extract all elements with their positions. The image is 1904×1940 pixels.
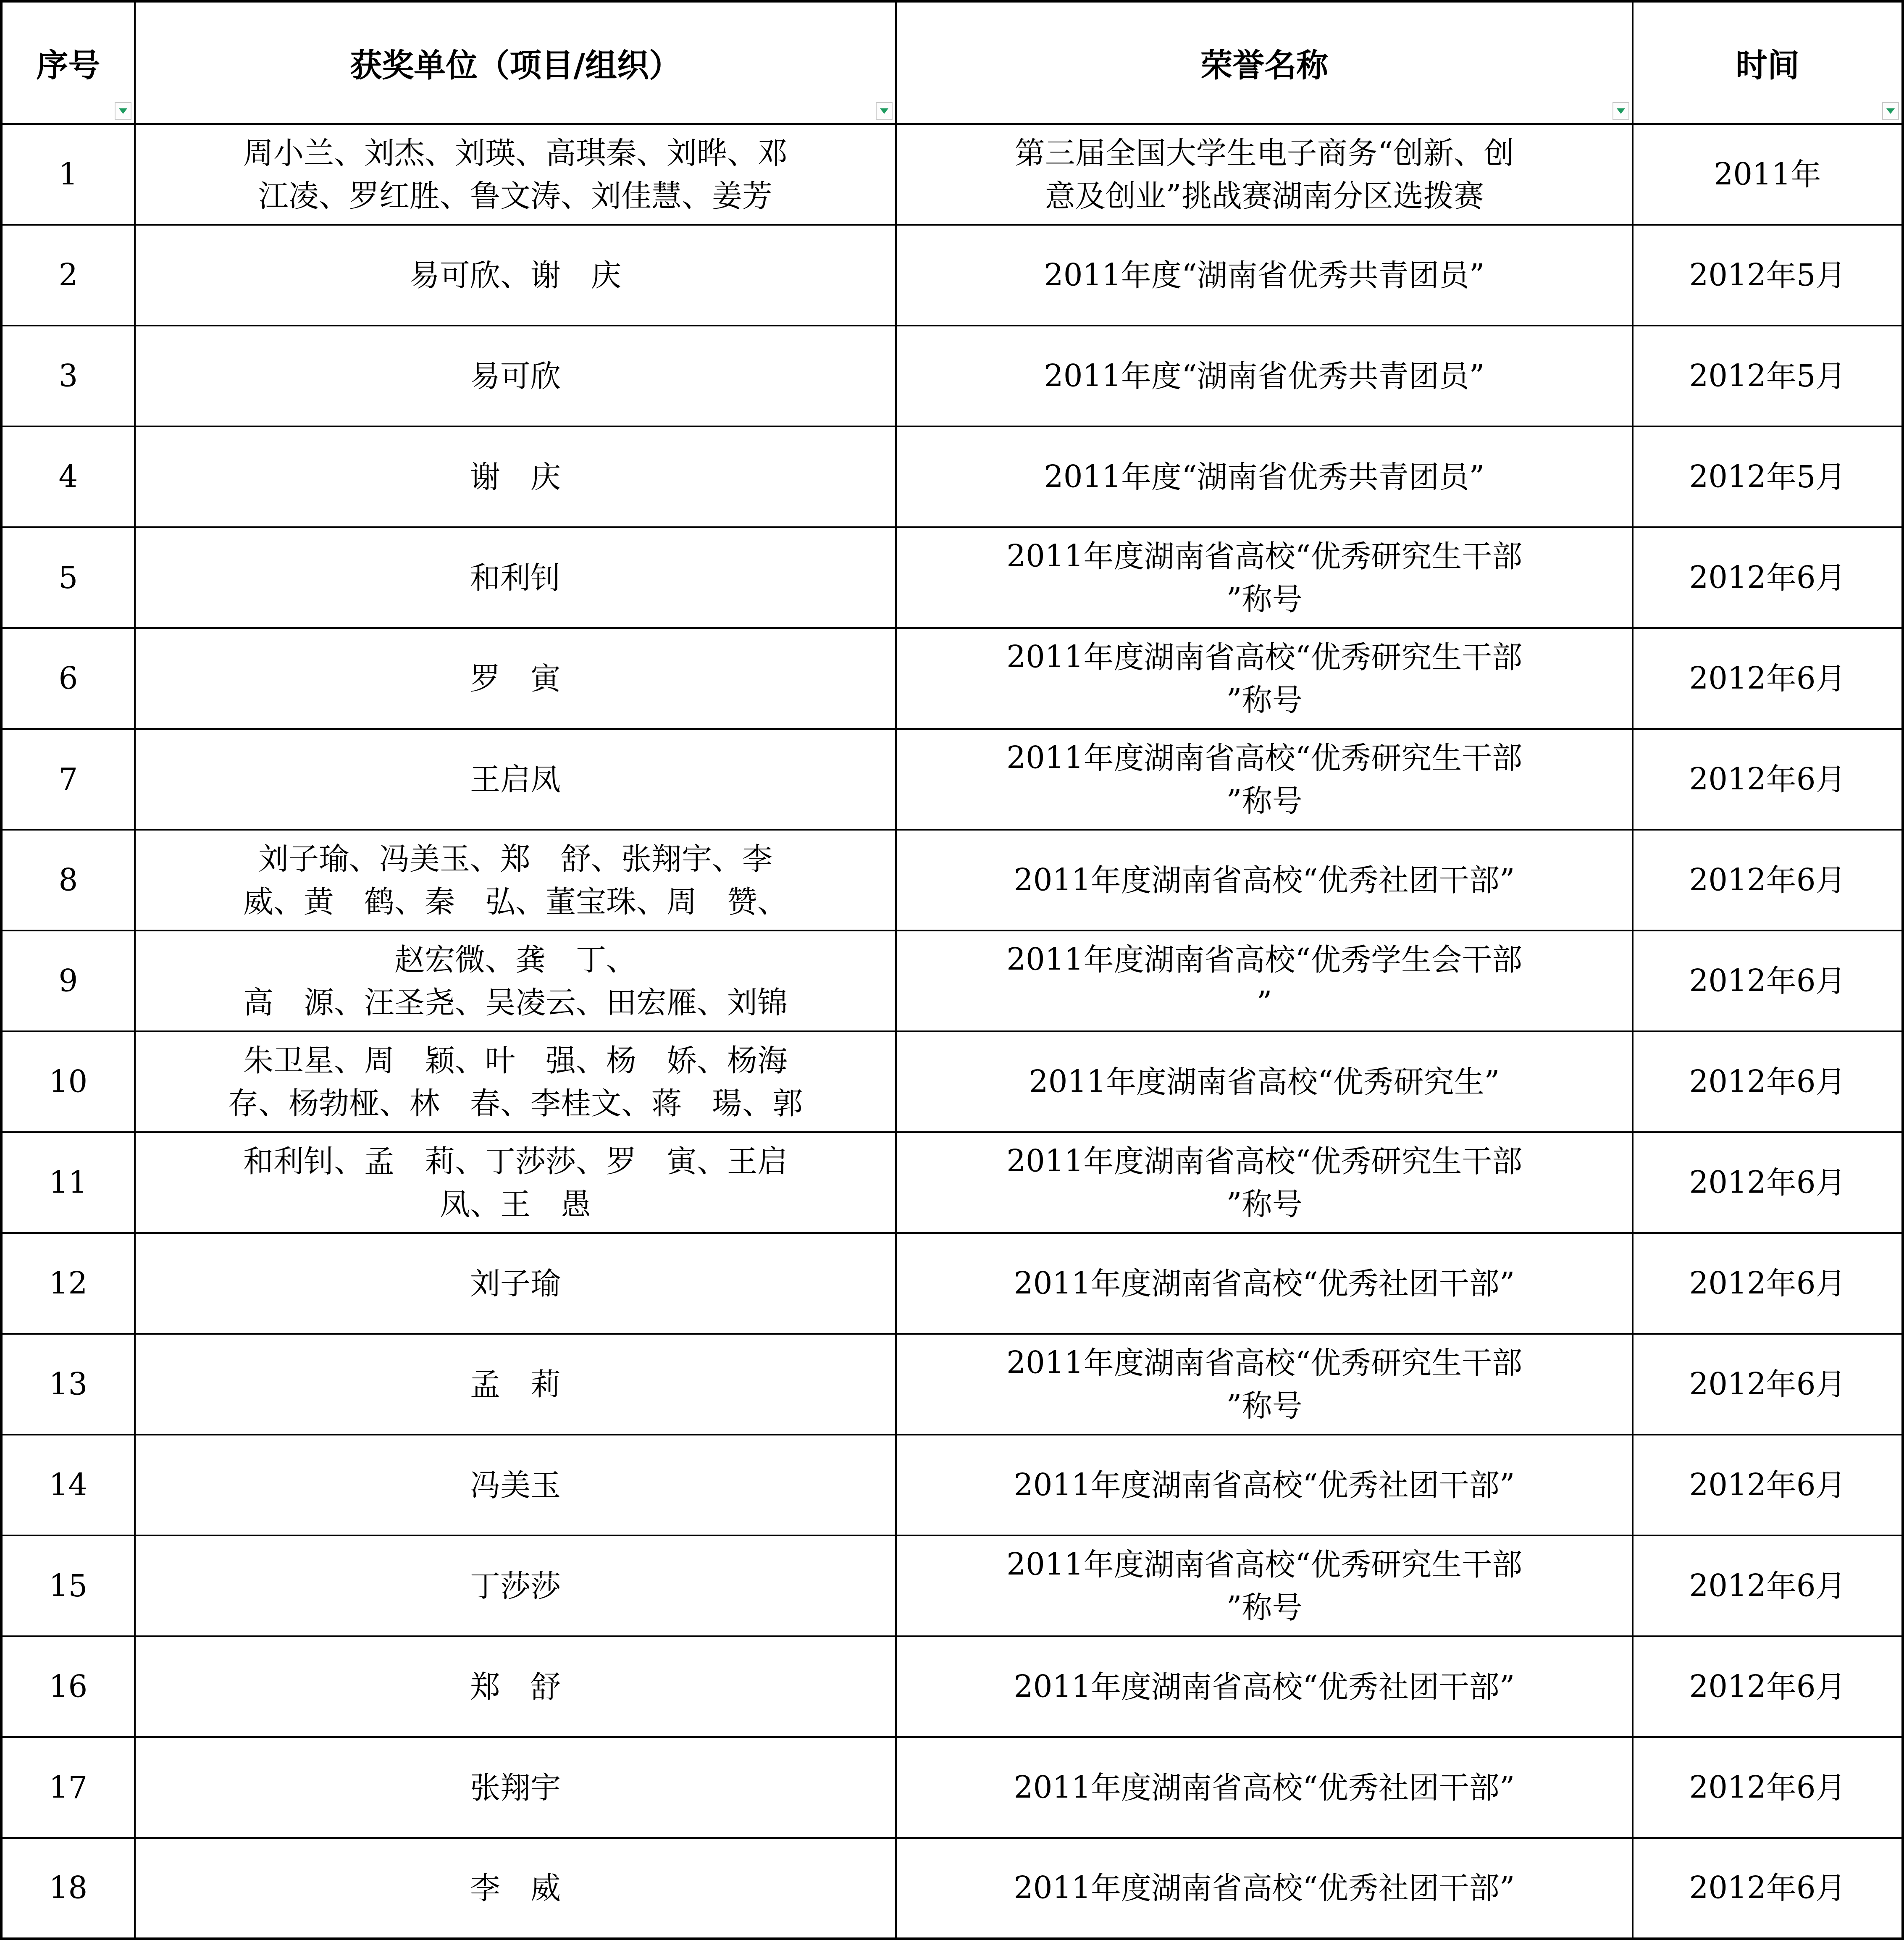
chevron-down-icon	[119, 108, 127, 114]
cell-time: 2012年5月	[1633, 225, 1903, 326]
cell-honor: 2011年度湖南省高校“优秀研究生干部 ”称号	[896, 527, 1633, 628]
column-header-honor: 荣誉名称	[896, 1, 1633, 124]
cell-time: 2012年6月	[1633, 1435, 1903, 1535]
cell-time: 2012年6月	[1633, 1636, 1903, 1737]
cell-time: 2012年5月	[1633, 326, 1903, 426]
cell-honor: 2011年度湖南省高校“优秀社团干部”	[896, 1737, 1633, 1838]
cell-unit: 和利钊	[135, 527, 896, 628]
cell-time: 2012年6月	[1633, 1031, 1903, 1132]
cell-time: 2012年6月	[1633, 527, 1903, 628]
cell-time: 2011年	[1633, 124, 1903, 225]
table-row: 9 赵宏微、龚 丁、 高 源、汪圣尧、吴凌云、田宏雁、刘锦 2011年度湖南省高…	[1, 931, 1903, 1031]
cell-time: 2012年6月	[1633, 1535, 1903, 1636]
cell-no: 16	[1, 1636, 135, 1737]
cell-unit: 和利钊、孟 莉、丁莎莎、罗 寅、王启 凤、王 愚	[135, 1132, 896, 1233]
table-row: 15 丁莎莎 2011年度湖南省高校“优秀研究生干部 ”称号 2012年6月	[1, 1535, 1903, 1636]
cell-unit: 赵宏微、龚 丁、 高 源、汪圣尧、吴凌云、田宏雁、刘锦	[135, 931, 896, 1031]
cell-honor: 2011年度湖南省高校“优秀社团干部”	[896, 830, 1633, 931]
cell-unit: 丁莎莎	[135, 1535, 896, 1636]
cell-honor: 2011年度湖南省高校“优秀研究生干部 ”称号	[896, 729, 1633, 830]
cell-no: 12	[1, 1233, 135, 1334]
cell-no: 7	[1, 729, 135, 830]
cell-no: 5	[1, 527, 135, 628]
cell-no: 13	[1, 1334, 135, 1435]
cell-unit: 郑 舒	[135, 1636, 896, 1737]
cell-unit: 李 威	[135, 1838, 896, 1939]
cell-time: 2012年6月	[1633, 1838, 1903, 1939]
cell-honor: 2011年度湖南省高校“优秀社团干部”	[896, 1636, 1633, 1737]
chevron-down-icon	[880, 108, 888, 114]
column-header-no: 序号	[1, 1, 135, 124]
cell-time: 2012年6月	[1633, 729, 1903, 830]
cell-unit: 冯美玉	[135, 1435, 896, 1535]
cell-time: 2012年6月	[1633, 931, 1903, 1031]
cell-unit: 周小兰、刘杰、刘瑛、高琪秦、刘晔、邓 江凌、罗红胜、鲁文涛、刘佳慧、姜芳	[135, 124, 896, 225]
table-header-row: 序号 获奖单位（项目/组织） 荣誉名称 时间	[1, 1, 1903, 124]
cell-honor: 2011年度湖南省高校“优秀研究生干部 ”称号	[896, 1535, 1633, 1636]
cell-no: 1	[1, 124, 135, 225]
cell-honor: 2011年度湖南省高校“优秀研究生干部 ”称号	[896, 1132, 1633, 1233]
table-row: 4 谢 庆 2011年度“湖南省优秀共青团员” 2012年5月	[1, 426, 1903, 527]
table-row: 8 刘子瑜、冯美玉、郑 舒、张翔宇、李 威、黄 鹤、秦 弘、董宝珠、周 赞、 2…	[1, 830, 1903, 931]
column-header-no-label: 序号	[36, 47, 100, 84]
autofilter-dropdown-button-honor[interactable]	[1612, 102, 1629, 120]
cell-honor: 2011年度湖南省高校“优秀学生会干部 ”	[896, 931, 1633, 1031]
cell-unit: 孟 莉	[135, 1334, 896, 1435]
cell-honor: 2011年度湖南省高校“优秀研究生”	[896, 1031, 1633, 1132]
table-row: 16 郑 舒 2011年度湖南省高校“优秀社团干部” 2012年6月	[1, 1636, 1903, 1737]
table-row: 6 罗 寅 2011年度湖南省高校“优秀研究生干部 ”称号 2012年6月	[1, 628, 1903, 729]
cell-honor: 2011年度湖南省高校“优秀社团干部”	[896, 1233, 1633, 1334]
cell-no: 8	[1, 830, 135, 931]
cell-no: 10	[1, 1031, 135, 1132]
chevron-down-icon	[1886, 108, 1895, 114]
cell-unit: 朱卫星、周 颖、叶 强、杨 娇、杨海 存、杨勃桠、林 春、李桂文、蒋 瑒、郭	[135, 1031, 896, 1132]
table-row: 13 孟 莉 2011年度湖南省高校“优秀研究生干部 ”称号 2012年6月	[1, 1334, 1903, 1435]
autofilter-dropdown-button-no[interactable]	[115, 102, 131, 120]
cell-no: 18	[1, 1838, 135, 1939]
cell-no: 15	[1, 1535, 135, 1636]
table-row: 7 王启凤 2011年度湖南省高校“优秀研究生干部 ”称号 2012年6月	[1, 729, 1903, 830]
table-row: 10 朱卫星、周 颖、叶 强、杨 娇、杨海 存、杨勃桠、林 春、李桂文、蒋 瑒、…	[1, 1031, 1903, 1132]
cell-no: 3	[1, 326, 135, 426]
table-row: 3 易可欣 2011年度“湖南省优秀共青团员” 2012年5月	[1, 326, 1903, 426]
table-row: 5 和利钊 2011年度湖南省高校“优秀研究生干部 ”称号 2012年6月	[1, 527, 1903, 628]
column-header-time: 时间	[1633, 1, 1903, 124]
cell-honor: 2011年度“湖南省优秀共青团员”	[896, 426, 1633, 527]
cell-unit: 易可欣	[135, 326, 896, 426]
cell-unit: 张翔宇	[135, 1737, 896, 1838]
cell-honor: 2011年度湖南省高校“优秀社团干部”	[896, 1435, 1633, 1535]
cell-no: 9	[1, 931, 135, 1031]
cell-no: 2	[1, 225, 135, 326]
table-row: 18 李 威 2011年度湖南省高校“优秀社团干部” 2012年6月	[1, 1838, 1903, 1939]
column-header-unit: 获奖单位（项目/组织）	[135, 1, 896, 124]
cell-unit: 罗 寅	[135, 628, 896, 729]
cell-no: 4	[1, 426, 135, 527]
cell-honor: 第三届全国大学生电子商务“创新、创 意及创业”挑战赛湖南分区选拨赛	[896, 124, 1633, 225]
column-header-unit-label: 获奖单位（项目/组织）	[350, 47, 681, 84]
cell-time: 2012年6月	[1633, 830, 1903, 931]
column-header-time-label: 时间	[1736, 47, 1799, 84]
cell-honor: 2011年度“湖南省优秀共青团员”	[896, 225, 1633, 326]
autofilter-dropdown-button-unit[interactable]	[876, 102, 893, 120]
cell-no: 6	[1, 628, 135, 729]
cell-time: 2012年6月	[1633, 628, 1903, 729]
cell-time: 2012年6月	[1633, 1334, 1903, 1435]
cell-honor: 2011年度湖南省高校“优秀研究生干部 ”称号	[896, 628, 1633, 729]
cell-time: 2012年6月	[1633, 1132, 1903, 1233]
table-row: 11 和利钊、孟 莉、丁莎莎、罗 寅、王启 凤、王 愚 2011年度湖南省高校“…	[1, 1132, 1903, 1233]
cell-honor: 2011年度“湖南省优秀共青团员”	[896, 326, 1633, 426]
table-row: 14 冯美玉 2011年度湖南省高校“优秀社团干部” 2012年6月	[1, 1435, 1903, 1535]
awards-table: 序号 获奖单位（项目/组织） 荣誉名称 时间 1 周小兰、刘杰、刘瑛、高琪秦、刘…	[0, 0, 1904, 1940]
cell-honor: 2011年度湖南省高校“优秀社团干部”	[896, 1838, 1633, 1939]
cell-time: 2012年6月	[1633, 1233, 1903, 1334]
cell-time: 2012年6月	[1633, 1737, 1903, 1838]
cell-unit: 王启凤	[135, 729, 896, 830]
chevron-down-icon	[1617, 108, 1625, 114]
autofilter-dropdown-button-time[interactable]	[1882, 102, 1899, 120]
table-row: 12 刘子瑜 2011年度湖南省高校“优秀社团干部” 2012年6月	[1, 1233, 1903, 1334]
table-row: 2 易可欣、谢 庆 2011年度“湖南省优秀共青团员” 2012年5月	[1, 225, 1903, 326]
cell-no: 14	[1, 1435, 135, 1535]
cell-honor: 2011年度湖南省高校“优秀研究生干部 ”称号	[896, 1334, 1633, 1435]
cell-unit: 易可欣、谢 庆	[135, 225, 896, 326]
cell-unit: 谢 庆	[135, 426, 896, 527]
cell-unit: 刘子瑜	[135, 1233, 896, 1334]
cell-unit: 刘子瑜、冯美玉、郑 舒、张翔宇、李 威、黄 鹤、秦 弘、董宝珠、周 赞、	[135, 830, 896, 931]
table-row: 1 周小兰、刘杰、刘瑛、高琪秦、刘晔、邓 江凌、罗红胜、鲁文涛、刘佳慧、姜芳 第…	[1, 124, 1903, 225]
column-header-honor-label: 荣誉名称	[1200, 47, 1328, 84]
cell-time: 2012年5月	[1633, 426, 1903, 527]
cell-no: 17	[1, 1737, 135, 1838]
table-row: 17 张翔宇 2011年度湖南省高校“优秀社团干部” 2012年6月	[1, 1737, 1903, 1838]
cell-no: 11	[1, 1132, 135, 1233]
